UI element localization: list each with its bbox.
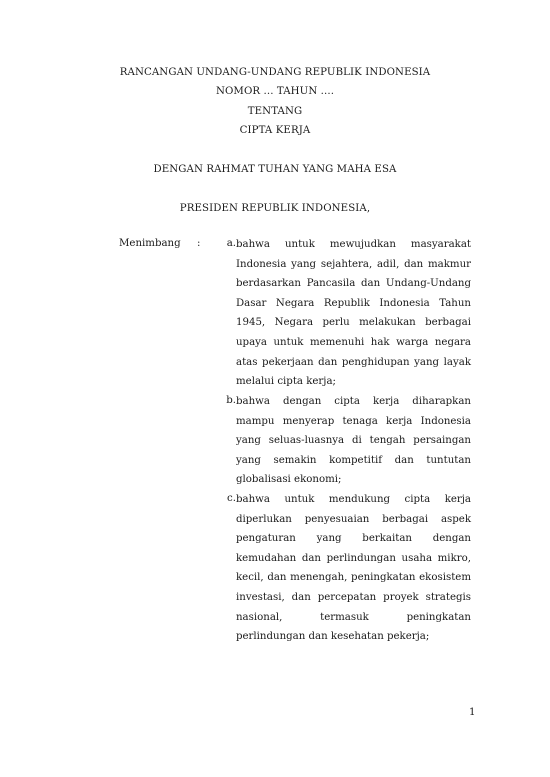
document-page: RANCANGAN UNDANG-UNDANG REPUBLIK INDONES… (0, 0, 550, 777)
item-line: upaya untuk memenuhi hak warga negara (236, 336, 471, 356)
bill-title: RANCANGAN UNDANG-UNDANG REPUBLIK INDONES… (0, 67, 550, 78)
item-marker: a. (216, 238, 236, 249)
bill-number: NOMOR ... TAHUN .... (0, 86, 550, 97)
item-body: bahwa untuk mewujudkan masyarakatIndones… (236, 238, 471, 395)
item-body: bahwa untuk mendukung cipta kerjadiperlu… (236, 493, 471, 650)
item-line: investasi, dan percepatan proyek strateg… (236, 591, 471, 611)
item-line: mampu menyerap tenaga kerja Indonesia (236, 415, 471, 435)
item-line: diperlukan penyesuaian berbagai aspek (236, 513, 471, 533)
item-line: melalui cipta kerja; (236, 375, 471, 395)
item-line: bahwa untuk mewujudkan masyarakat (236, 238, 471, 258)
item-line: Dasar Negara Republik Indonesia Tahun (236, 297, 471, 317)
item-line: kecil, dan menengah, peningkatan ekosist… (236, 571, 471, 591)
item-line: globalisasi ekonomi; (236, 473, 471, 493)
item-line: pengaturan yang berkaitan dengan (236, 532, 471, 552)
item-line: kemudahan dan perlindungan usaha mikro, (236, 552, 471, 572)
invocation: DENGAN RAHMAT TUHAN YANG MAHA ESA (0, 164, 550, 175)
considering-label: Menimbang (119, 238, 181, 249)
item-body: bahwa dengan cipta kerja diharapkanmampu… (236, 395, 471, 493)
item-line: 1945, Negara perlu melakukan berbagai (236, 316, 471, 336)
item-marker: c. (216, 493, 236, 504)
item-line: bahwa dengan cipta kerja diharapkan (236, 395, 471, 415)
item-line: Indonesia yang sejahtera, adil, dan makm… (236, 258, 471, 278)
item-line: yang seluas-luasnya di tengah persaingan (236, 434, 471, 454)
item-line: yang semakin kompetitif dan tuntutan (236, 454, 471, 474)
page-number: 1 (469, 707, 475, 718)
item-line: perlindungan dan kesehatan pekerja; (236, 630, 471, 650)
authority: PRESIDEN REPUBLIK INDONESIA, (0, 203, 550, 214)
item-line: nasional, termasuk peningkatan (236, 611, 471, 631)
item-marker: b. (216, 395, 236, 406)
bill-subject: CIPTA KERJA (0, 125, 550, 136)
bill-about-label: TENTANG (0, 106, 550, 117)
item-line: bahwa untuk mendukung cipta kerja (236, 493, 471, 513)
item-line: atas pekerjaan dan penghidupan yang laya… (236, 356, 471, 376)
item-line: berdasarkan Pancasila dan Undang-Undang (236, 277, 471, 297)
considering-separator: : (197, 238, 200, 249)
